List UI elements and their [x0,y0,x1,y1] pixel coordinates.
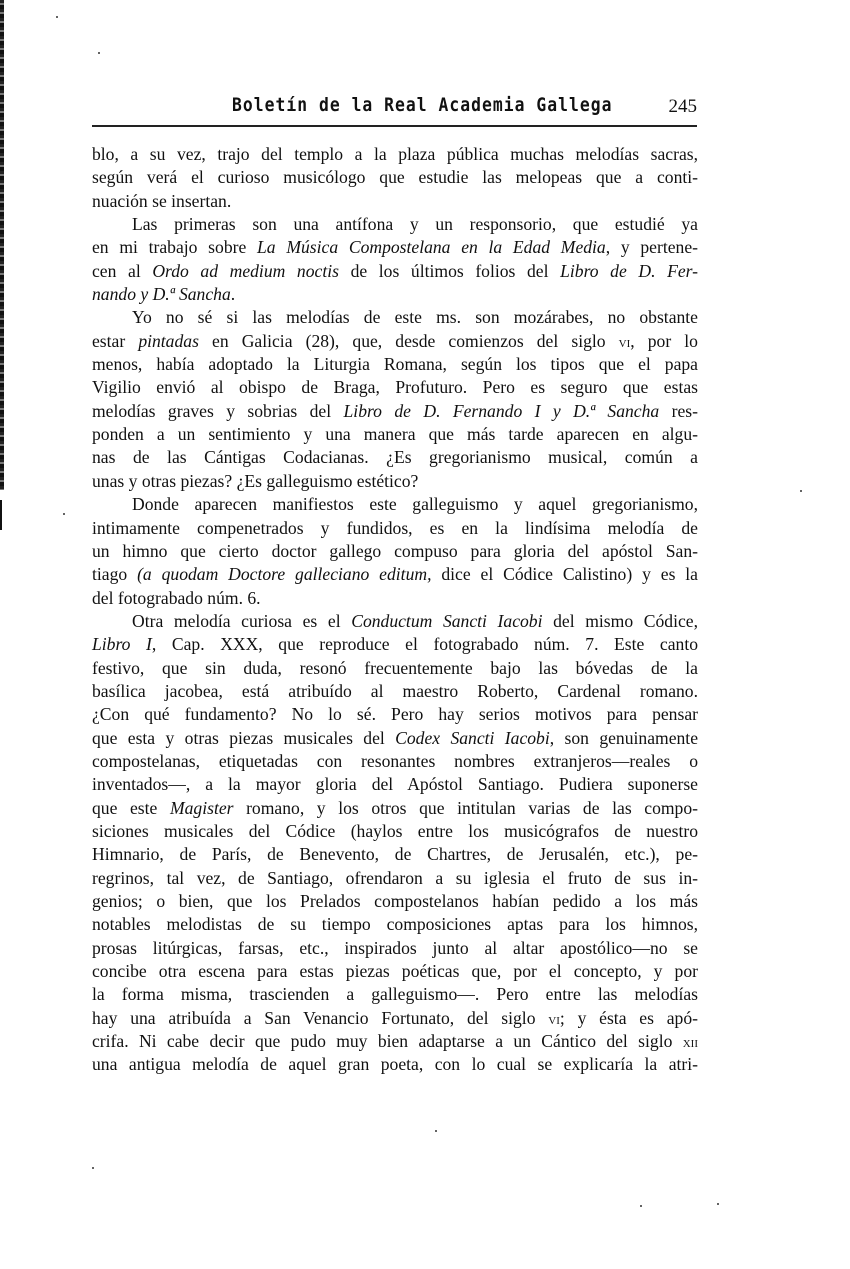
text-run: notables melodistas de su tiempo composi… [92,914,698,934]
text-line: festivo, que sin duda, resonó frecuentem… [92,657,698,680]
text-run: siciones musicales del Códice (haylos en… [92,821,698,841]
text-run: melodías graves y sobrias del [92,401,344,421]
roman-numeral: vi [619,335,631,351]
text-line: basílica jacobea, está atribuído al maes… [92,680,698,703]
text-run: en Galicia (28), que, desde comienzos de… [199,331,619,351]
text-run: , son genuinamente [550,728,698,748]
text-line: en mi trabajo sobre La Música Compostela… [92,236,698,259]
text-line: notables melodistas de su tiempo composi… [92,913,698,936]
text-line: Las primeras son una antífona y un respo… [92,213,698,236]
italic-title: (a quodam Doctore galleciano editum, [137,564,431,584]
text-line: Otra melodía curiosa es el Conductum San… [92,610,698,633]
text-run: romano, y los otros que intitulan varias… [233,798,698,818]
text-line: según verá el curioso musicólogo que est… [92,166,698,189]
text-line: compostelanas, etiquetadas con resonante… [92,750,698,773]
text-line: menos, había adoptado la Liturgia Romana… [92,353,698,376]
text-run: estar [92,331,138,351]
text-line: Donde aparecen manifiestos este gallegui… [92,493,698,516]
text-line: tiago (a quodam Doctore galleciano editu… [92,563,698,586]
text-run: cen al [92,261,152,281]
scan-speck [98,52,100,54]
text-line: nando y D.ª Sancha. [92,283,698,306]
page-number: 245 [669,96,698,118]
italic-title: nando y D.ª Sancha [92,284,231,304]
text-run: Yo no sé si las melodías de este ms. son… [132,307,698,327]
running-title: Boletín de la Real Academia Gallega [232,94,612,116]
scan-speck [56,16,58,18]
text-run: del fotograbado núm. 6. [92,588,261,608]
text-run: crifa. Ni cabe decir que pudo muy bien a… [92,1031,683,1051]
roman-numeral: vi [548,1012,560,1028]
italic-title: Magister [170,798,234,818]
text-line: Yo no sé si las melodías de este ms. son… [92,306,698,329]
text-run: unas y otras piezas? ¿Es galleguismo est… [92,471,418,491]
text-run: genios; o bien, que los Prelados compost… [92,891,698,911]
text-line: la forma misma, trascienden a galleguism… [92,983,698,1006]
text-run: del mismo Códice, [543,611,699,631]
text-run: de los últimos folios del [339,261,560,281]
scan-speck [92,1167,94,1169]
text-run: compostelanas, etiquetadas con resonante… [92,751,698,771]
text-line: inventados—, a la mayor gloria del Apóst… [92,773,698,796]
text-run: inventados—, a la mayor gloria del Apóst… [92,774,698,794]
italic-title: pintadas [138,331,199,351]
text-line: Libro I, Cap. XXX, que reproduce el foto… [92,633,698,656]
text-run: , y pertene- [606,237,698,257]
text-line: concibe otra escena para estas piezas po… [92,960,698,983]
text-run: basílica jacobea, está atribuído al maes… [92,681,698,701]
text-run: ; y ésta es apó- [560,1008,698,1028]
text-line: melodías graves y sobrias del Libro de D… [92,400,698,423]
text-run: tiago [92,564,137,584]
text-run: un himno que cierto doctor gallego compu… [92,541,698,561]
text-run: Vigilio envió al obispo de Braga, Profut… [92,377,698,397]
text-run: festivo, que sin duda, resonó frecuentem… [92,658,698,678]
scan-speck [435,1130,437,1132]
italic-title: Conductum Sancti Iacobi [351,611,542,631]
text-run: . [231,284,235,304]
text-line: estar pintadas en Galicia (28), que, des… [92,330,698,353]
text-line: ¿Con qué fundamento? No lo sé. Pero hay … [92,703,698,726]
text-run: que este [92,798,170,818]
running-head: Boletín de la Real Academia Gallega 245 [92,92,697,122]
scan-speck [640,1205,642,1207]
text-line: siciones musicales del Códice (haylos en… [92,820,698,843]
text-line: Himnario, de París, de Benevento, de Cha… [92,843,698,866]
text-line: un himno que cierto doctor gallego compu… [92,540,698,563]
document-page: Boletín de la Real Academia Gallega 245 … [0,0,850,1269]
italic-title: Libro I [92,634,152,654]
text-line: cen al Ordo ad medium noctis de los últi… [92,260,698,283]
scan-speck [800,490,802,492]
text-line: genios; o bien, que los Prelados compost… [92,890,698,913]
text-run: Las primeras son una antífona y un respo… [132,214,698,234]
text-run: concibe otra escena para estas piezas po… [92,961,698,981]
text-line: nas de las Cántigas Codacianas. ¿Es greg… [92,446,698,469]
text-run: Himnario, de París, de Benevento, de Cha… [92,844,698,864]
binding-edge [0,0,4,490]
binding-mark [0,500,2,530]
text-line: hay una atribuída a San Venancio Fortuna… [92,1007,698,1030]
text-run: ponden a un sentimiento y una manera que… [92,424,698,444]
text-run: dice el Códice Calistino) y es la [431,564,698,584]
italic-title: Ordo ad medium noctis [152,261,339,281]
text-line: crifa. Ni cabe decir que pudo muy bien a… [92,1030,698,1053]
text-run: res- [659,401,698,421]
text-run: , por lo [630,331,698,351]
text-run: nas de las Cántigas Codacianas. ¿Es greg… [92,447,698,467]
text-run: prosas litúrgicas, farsas, etc., inspira… [92,938,698,958]
text-line: ponden a un sentimiento y una manera que… [92,423,698,446]
text-run: ¿Con qué fundamento? No lo sé. Pero hay … [92,704,698,724]
text-line: regrinos, tal vez, de Santiago, ofrendar… [92,867,698,890]
text-run: menos, había adoptado la Liturgia Romana… [92,354,698,374]
text-line: intimamente compenetrados y fundidos, es… [92,517,698,540]
text-line: nuación se insertan. [92,190,698,213]
italic-title: La Música Compostelana en la Edad Media [257,237,606,257]
italic-title: Codex Sancti Iacobi [395,728,550,748]
text-run: hay una atribuída a San Venancio Fortuna… [92,1008,548,1028]
header-rule [92,125,697,127]
body-text: blo, a su vez, trajo del templo a la pla… [92,143,698,1077]
roman-numeral: xii [683,1035,698,1051]
text-line: prosas litúrgicas, farsas, etc., inspira… [92,937,698,960]
text-run: en mi trabajo sobre [92,237,257,257]
text-run: regrinos, tal vez, de Santiago, ofrendar… [92,868,698,888]
scan-speck [717,1203,719,1205]
italic-title: Libro de D. Fer- [560,261,698,281]
text-line: unas y otras piezas? ¿Es galleguismo est… [92,470,698,493]
text-run: Donde aparecen manifiestos este gallegui… [132,494,698,514]
text-line: que esta y otras piezas musicales del Co… [92,727,698,750]
text-run: la forma misma, trascienden a galleguism… [92,984,698,1004]
text-line: blo, a su vez, trajo del templo a la pla… [92,143,698,166]
text-run: que esta y otras piezas musicales del [92,728,395,748]
text-line: del fotograbado núm. 6. [92,587,698,610]
text-run: una antigua melodía de aquel gran poeta,… [92,1054,698,1074]
text-run: Otra melodía curiosa es el [132,611,351,631]
text-run: , Cap. XXX, que reproduce el fotograbado… [152,634,698,654]
text-line: una antigua melodía de aquel gran poeta,… [92,1053,698,1076]
italic-title: Libro de D. Fernando I y D.ª Sancha [344,401,660,421]
text-run: intimamente compenetrados y fundidos, es… [92,518,698,538]
text-line: que este Magister romano, y los otros qu… [92,797,698,820]
text-line: Vigilio envió al obispo de Braga, Profut… [92,376,698,399]
scan-speck [63,513,65,515]
